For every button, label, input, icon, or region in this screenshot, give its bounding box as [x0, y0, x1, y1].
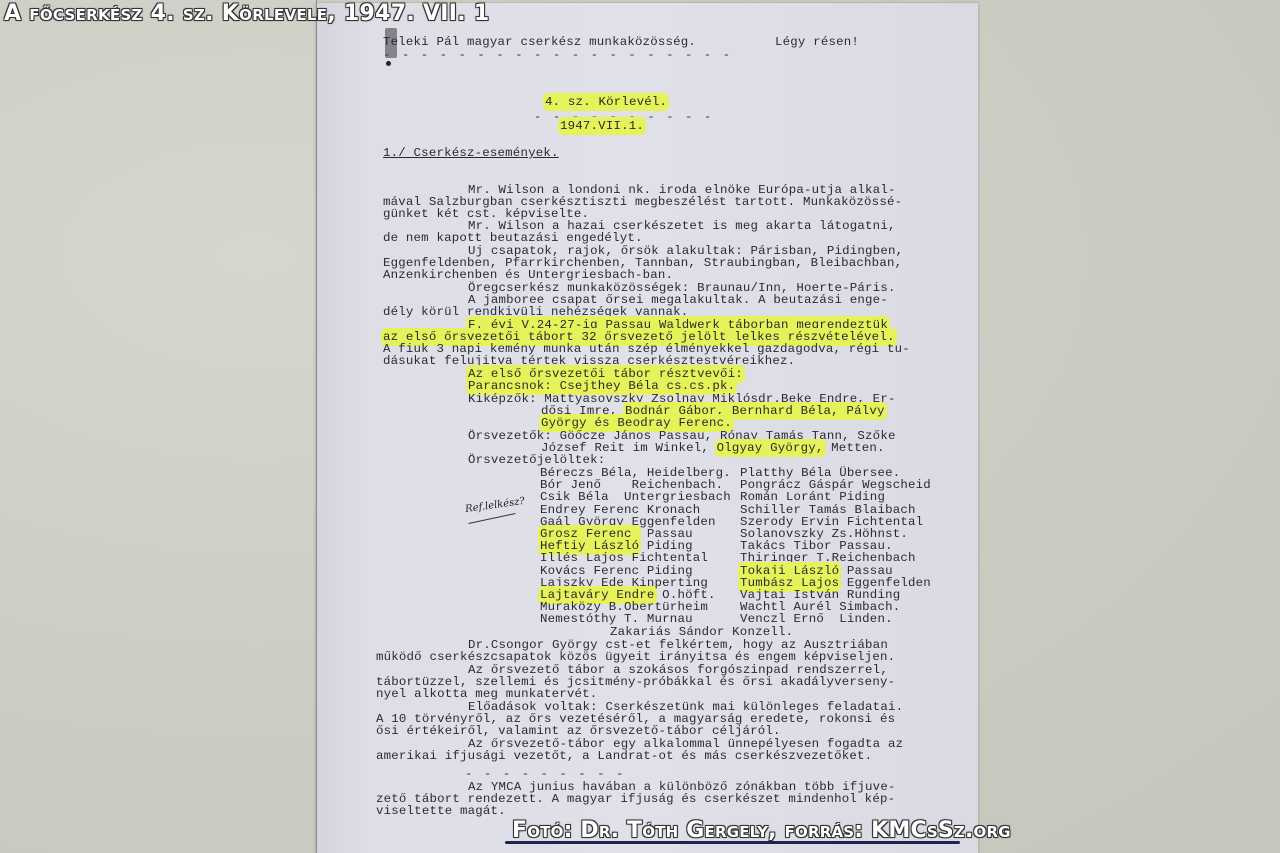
photo-credit-overlay: Fotó: Dr. Tóth Gergely, forrás: KMCsSz.o… [512, 818, 1011, 843]
ink-dot [386, 61, 391, 66]
circular-number: 4. sz. Körlevél. [545, 96, 667, 109]
circular-date: 1947.VII.1. [560, 120, 644, 133]
body-line: viseltette magát. [376, 805, 506, 818]
closing-divider: - - - - - - - - - [465, 767, 625, 781]
photo-title-overlay: A főcserkész 4. sz. Körlevele, 1947. VII… [4, 1, 490, 26]
body-line: amerikai ifjusági vezetőt, a Landrat-ot … [376, 750, 872, 763]
section-title: 1./ Cserkész-események. [383, 147, 559, 160]
motto: Légy résen! [775, 36, 859, 49]
typed-letter: Teleki Pál magyar cserkész munkaközösség… [0, 0, 1280, 853]
header-divider: - - - - - - - - - - - - - - - - - - - [383, 48, 732, 62]
